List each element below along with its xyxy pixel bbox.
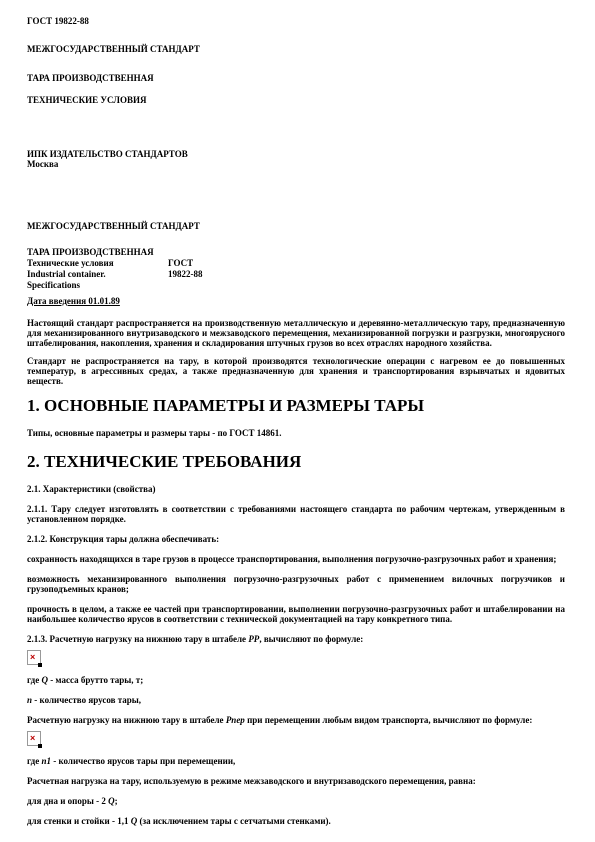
load-wall-pre: для стенки и стойки - 1,1: [27, 816, 131, 826]
section-1-text: Типы, основные параметры и размеры тары …: [27, 428, 565, 438]
mid-standard-heading: МЕЖГОСУДАРСТВЕННЫЙ СТАНДАРТ: [27, 221, 565, 231]
broken-image-icon: ×: [27, 650, 41, 665]
formula-variable-pp: РР: [248, 634, 259, 644]
clause-2-1-3-text-pre: 2.1.3. Расчетную нагрузку на нижнюю тару…: [27, 634, 248, 644]
title-block-left: ТАРА ПРОИЗВОДСТВЕННАЯ Технические услови…: [27, 247, 168, 291]
where-q-post: - масса брутто тары, т;: [48, 675, 143, 685]
where-n1-line: где n1 - количество ярусов тары при пере…: [27, 756, 565, 766]
code-label: ГОСТ: [168, 258, 203, 269]
broken-image-icon: ×: [27, 731, 41, 746]
where-n1-post: - количество ярусов тары при перемещении…: [51, 756, 235, 766]
title-block: ТАРА ПРОИЗВОДСТВЕННАЯ Технические услови…: [27, 247, 565, 291]
doc-subtitle: ТЕХНИЧЕСКИЕ УСЛОВИЯ: [27, 95, 565, 105]
requirement-item-2: возможность механизированного выполнения…: [27, 574, 565, 594]
clause-2-1: 2.1. Характеристики (свойства): [27, 484, 565, 494]
doc-title: ТАРА ПРОИЗВОДСТВЕННАЯ: [27, 73, 565, 83]
where-q-pre: где: [27, 675, 41, 685]
clause-per-post: при перемещении любым видом транспорта, …: [245, 715, 533, 725]
title-block-title-ru: ТАРА ПРОИЗВОДСТВЕННАЯ: [27, 247, 168, 258]
title-block-subtitle-en: Specifications: [27, 280, 168, 291]
effective-date: Дата введения 01.01.89: [27, 296, 565, 306]
section-2-heading: 2. ТЕХНИЧЕСКИЕ ТРЕБОВАНИЯ: [27, 452, 565, 472]
intro-paragraph-2: Стандарт не распространяется на тару, в …: [27, 356, 565, 386]
gost-document-page: ГОСТ 19822-88 МЕЖГОСУДАРСТВЕННЫЙ СТАНДАР…: [0, 0, 595, 842]
doc-type-heading: МЕЖГОСУДАРСТВЕННЫЙ СТАНДАРТ: [27, 44, 565, 54]
clause-2-1-3: 2.1.3. Расчетную нагрузку на нижнюю тару…: [27, 634, 565, 644]
code-number: 19822-88: [168, 269, 203, 280]
load-wall-post: (за исключением тары с сетчатыми стенкам…: [137, 816, 331, 826]
title-block-code: ГОСТ 19822-88: [168, 247, 203, 291]
clause-2-1-3-text-post: , вычисляют по формуле:: [259, 634, 363, 644]
load-bottom-pre: для дна и опоры - 2: [27, 796, 108, 806]
load-bottom-post: ;: [115, 796, 118, 806]
load-bottom-line: для дна и опоры - 2 Q;: [27, 796, 565, 806]
where-n-line: n - количество ярусов тары,: [27, 695, 565, 705]
title-block-title-en: Industrial container.: [27, 269, 168, 280]
formula-variable-pper: Рпер: [226, 715, 245, 725]
clause-per-pre: Расчетную нагрузку на нижнюю тару в штаб…: [27, 715, 226, 725]
where-q-line: где Q - масса брутто тары, т;: [27, 675, 565, 685]
section-1-heading: 1. ОСНОВНЫЕ ПАРАМЕТРЫ И РАЗМЕРЫ ТАРЫ: [27, 396, 565, 416]
broken-image-x-icon: ×: [30, 733, 35, 744]
intro-paragraph-1: Настоящий стандарт распространяется на п…: [27, 318, 565, 348]
load-wall-line: для стенки и стойки - 1,1 Q (за исключен…: [27, 816, 565, 826]
formula-variable-n1: n1: [41, 756, 51, 766]
doc-number: ГОСТ 19822-88: [27, 16, 565, 26]
clause-2-1-2: 2.1.2. Конструкция тары должна обеспечив…: [27, 534, 565, 544]
publisher-city: Москва: [27, 159, 565, 170]
where-n-post: - количество ярусов тары,: [32, 695, 141, 705]
formula-1-row: ×: [27, 650, 565, 665]
formula-2-row: ×: [27, 731, 565, 746]
clause-per-line: Расчетную нагрузку на нижнюю тару в штаб…: [27, 715, 565, 725]
mode-load-text: Расчетная нагрузка на тару, используемую…: [27, 776, 565, 786]
publisher-name: ИПК ИЗДАТЕЛЬСТВО СТАНДАРТОВ: [27, 149, 565, 159]
requirement-item-3: прочность в целом, а также ее частей при…: [27, 604, 565, 624]
requirement-item-1: сохранность находящихся в таре грузов в …: [27, 554, 565, 564]
title-block-subtitle-ru: Технические условия: [27, 258, 168, 269]
broken-image-x-icon: ×: [30, 652, 35, 663]
clause-2-1-1: 2.1.1. Тару следует изготовлять в соотве…: [27, 504, 565, 524]
where-n1-pre: где: [27, 756, 41, 766]
